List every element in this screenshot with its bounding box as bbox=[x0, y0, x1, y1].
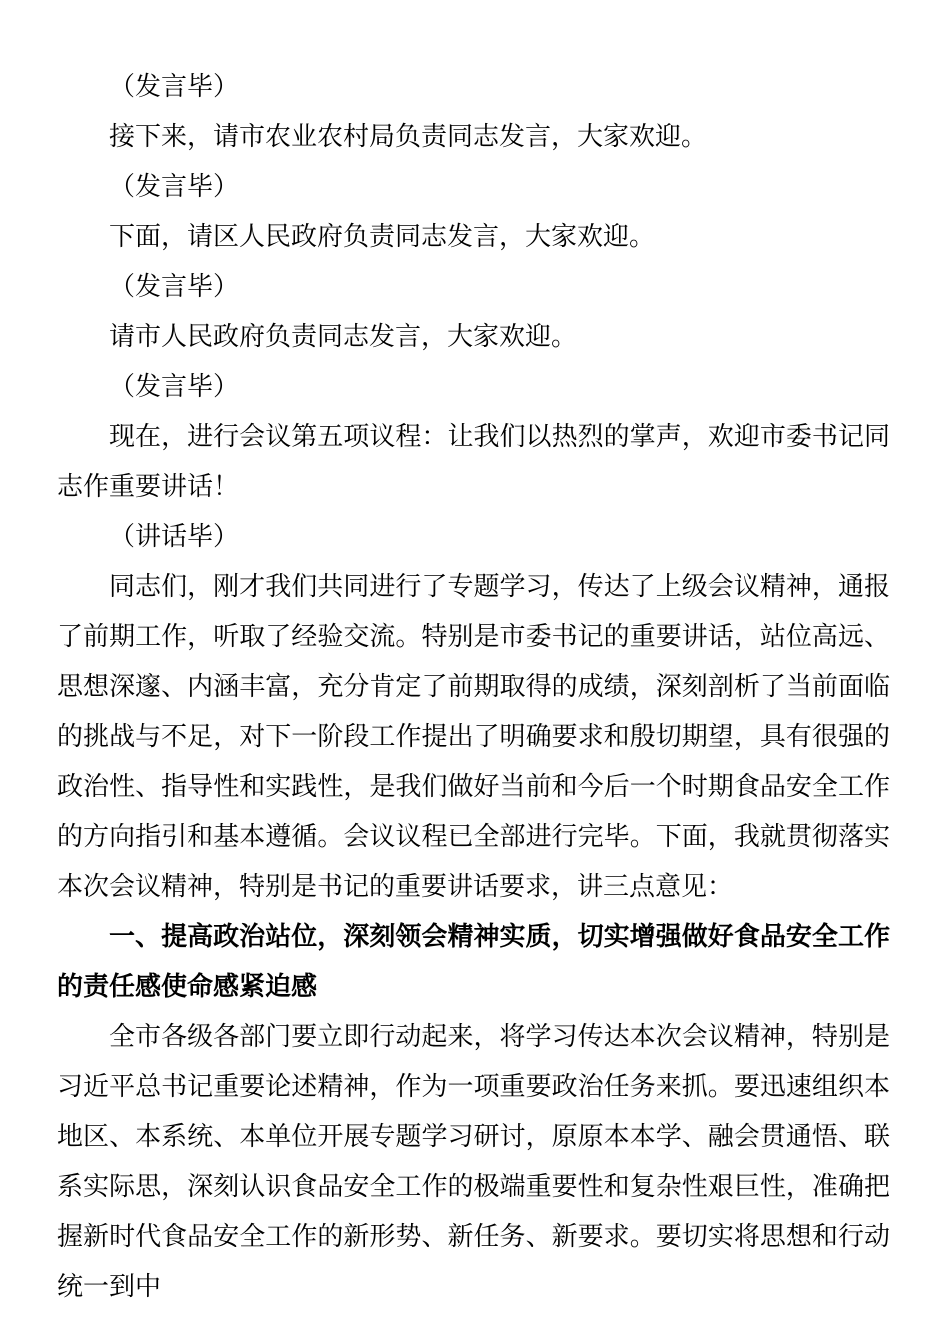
body-paragraph-section-one: 全市各级各部门要立即行动起来，将学习传达本次会议精神，特别是习近平总书记重要论述… bbox=[57, 1012, 890, 1312]
stage-direction-speech-end: （发言毕） bbox=[57, 162, 890, 212]
stage-direction-remarks-end: （讲话毕） bbox=[57, 512, 890, 562]
stage-direction-speech-end: （发言毕） bbox=[57, 262, 890, 312]
host-line-district-government: 下面，请区人民政府负责同志发言，大家欢迎。 bbox=[57, 212, 890, 262]
stage-direction-speech-end: （发言毕） bbox=[57, 62, 890, 112]
document-page: （发言毕） 接下来，请市农业农村局负责同志发言，大家欢迎。 （发言毕） 下面，请… bbox=[0, 0, 950, 1344]
host-line-agenda-item-five: 现在，进行会议第五项议程：让我们以热烈的掌声，欢迎市委书记同志作重要讲话！ bbox=[57, 412, 890, 512]
section-heading-one: 一、提高政治站位，深刻领会精神实质，切实增强做好食品安全工作的责任感使命感紧迫感 bbox=[57, 912, 890, 1012]
host-line-city-government: 请市人民政府负责同志发言，大家欢迎。 bbox=[57, 312, 890, 362]
stage-direction-speech-end: （发言毕） bbox=[57, 362, 890, 412]
summary-paragraph: 同志们，刚才我们共同进行了专题学习，传达了上级会议精神，通报了前期工作，听取了经… bbox=[57, 562, 890, 912]
host-line-agriculture-bureau: 接下来，请市农业农村局负责同志发言，大家欢迎。 bbox=[57, 112, 890, 162]
